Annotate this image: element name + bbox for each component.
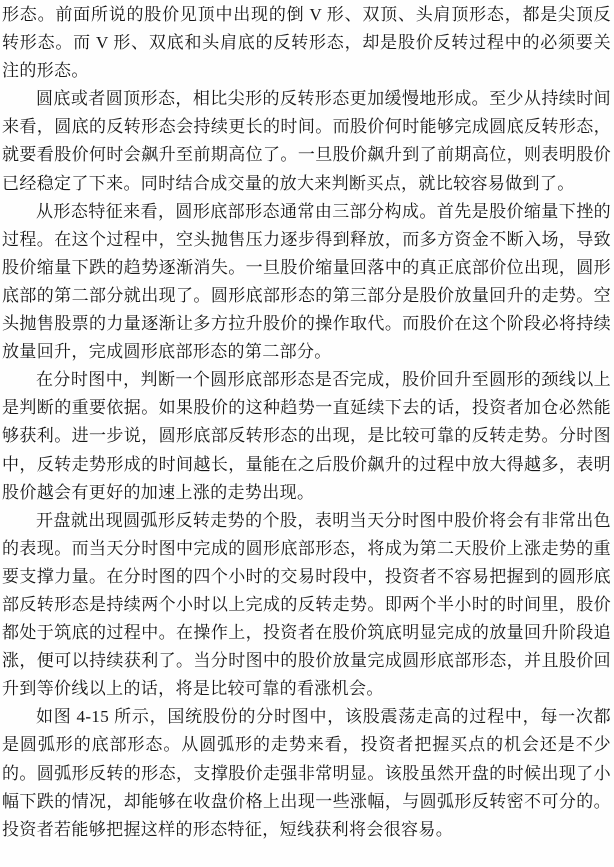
paragraph-open-arc-reversal: 开盘就出现圆弧形反转走势的个股，表明当天分时图中股价将会有非常出色的表现。而当天…	[2, 507, 611, 704]
paragraph-continuation: 形态。前面所说的股价见顶中出现的倒 V 形、双顶、头肩顶形态，都是尖顶反转形态。…	[2, 1, 611, 85]
paragraph-intraday-judgement: 在分时图中，判断一个圆形底部形态是否完成，股价回升至圆形的颈线以上是判断的重要依…	[2, 366, 611, 506]
paragraph-three-parts: 从形态特征来看，圆形底部形态通常由三部分构成。首先是股价缩量下挫的过程。在这个过…	[2, 198, 611, 367]
paragraph-figure-4-15-example: 如图 4-15 所示，国统股份的分时图中，该股震荡走高的过程中，每一次都是圆弧形…	[2, 703, 611, 843]
paragraph-round-bottom-overview: 圆底或者圆顶形态，相比尖形的反转形态更加缓慢地形成。至少从持续时间来看，圆底的反…	[2, 85, 611, 197]
book-page: 形态。前面所说的股价见顶中出现的倒 V 形、双顶、头肩顶形态，都是尖顶反转形态。…	[0, 0, 614, 867]
